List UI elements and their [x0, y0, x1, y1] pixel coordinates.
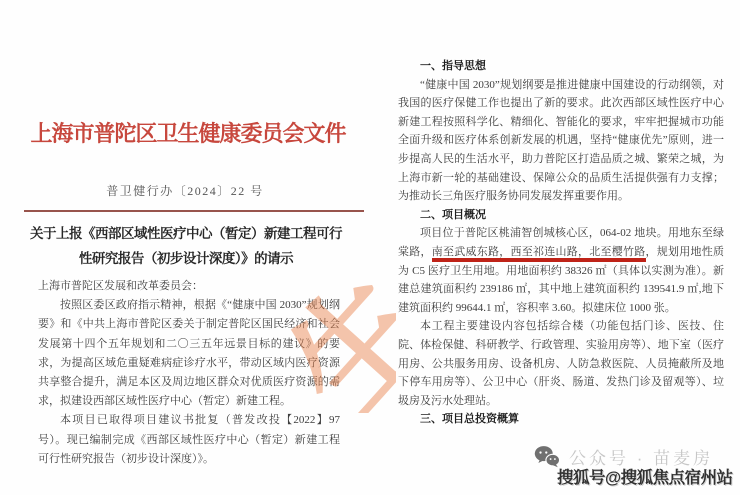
section2-paragraph-1: 项目位于普陀区桃浦智创城核心区，064-02 地块。用地东至绿棠路，南至武威东路… [398, 224, 724, 317]
section2-paragraph-2: 本工程主要建设内容包括综合楼（功能包括门诊、医技、住院、体检保健、科研教学、行政… [398, 317, 724, 410]
document-title-line1: 关于上报《西部区域性医疗中心（暂定）新建工程可行 [28, 221, 344, 246]
section1-heading: 一、指导思想 [398, 57, 724, 76]
page-right: 一、指导思想 “健康中国 2030”规划纲要是推进健康中国建设的行动纲领，对我国… [380, 0, 740, 495]
document-number: 普卫健行办〔2024〕22 号 [0, 182, 370, 199]
section1-paragraph: “健康中国 2030”规划纲要是推进健康中国建设的行动纲领，对我国的医疗保健工作… [398, 76, 724, 206]
salutation-line: 上海市普陀区发展和改革委员会： [38, 277, 340, 296]
section2-heading: 二、项目概况 [398, 206, 724, 225]
right-page-body: 一、指导思想 “健康中国 2030”规划纲要是推进健康中国建设的行动纲领，对我国… [398, 57, 724, 429]
site-bounds-highlighted: 南至武威东路，西至祁连山路，北至樱竹路 [432, 246, 646, 262]
left-paragraph-1: 按照区委区政府指示精神，根据《“健康中国 2030”规划纲要》和《中共上海市普陀… [38, 296, 340, 411]
sohu-watermark-label: 搜狐号@搜狐焦点宿州站 [557, 464, 733, 488]
section3-heading: 三、项目总投资概算 [398, 410, 724, 429]
document-title: 关于上报《西部区域性医疗中心（暂定）新建工程可行 性研究报告（初步设计深度）》的… [28, 221, 344, 271]
scanned-document-photo: { "left_page": { "header_title": "上海市普陀区… [0, 0, 740, 495]
header-divider-line [24, 210, 364, 212]
document-title-line2: 性研究报告（初步设计深度）》的请示 [28, 246, 344, 271]
agency-header-title: 上海市普陀区卫生健康委员会文件 [14, 117, 362, 148]
left-page-body: 上海市普陀区发展和改革委员会： 按照区委区政府指示精神，根据《“健康中国 203… [38, 277, 340, 469]
page-left: 上海市普陀区卫生健康委员会文件 普卫健行办〔2024〕22 号 关于上报《西部区… [0, 0, 380, 495]
left-paragraph-2: 本项目已取得项目建议书批复（普发改投【2022】97 号）。现已编制完成《西部区… [38, 411, 340, 469]
